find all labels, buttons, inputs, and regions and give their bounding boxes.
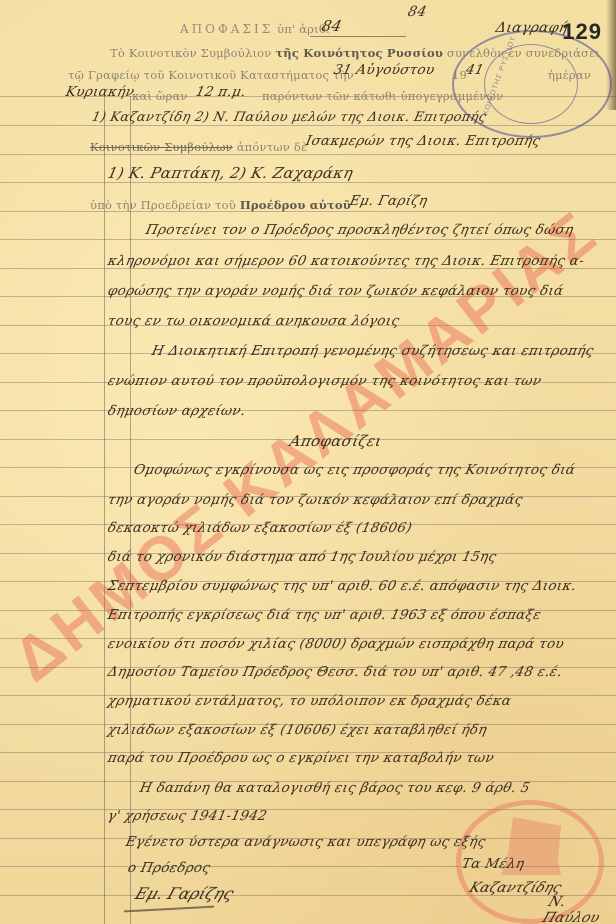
presidency-row: ὑπὸ τὴν Προεδρείαν τοῦ Προέδρου αὐτοῦ	[90, 198, 351, 212]
absent-label-struck: Κοινοτικῶν Συμβούλων	[90, 140, 233, 154]
body-line: φορώσης την αγοράν νομής διά τον ζωικόν …	[106, 283, 565, 299]
president-signature: Εμ. Γαρίζης	[133, 884, 237, 903]
body-line: Προτείνει τον ο Πρόεδρος προσκληθέντος ζ…	[144, 222, 575, 238]
community-name: τῆς Κοινότητος Ρυσσίου	[275, 46, 443, 60]
top-right-note: Διαγραφή	[494, 20, 569, 36]
meeting-date: 31 Αὐγούστου	[332, 62, 436, 78]
decision-line: παρά του Προέδρου ως ο εγκρίνει την κατα…	[106, 750, 495, 766]
council-label: Τὸ Κοινοτικὸν Συμβούλιον	[110, 46, 272, 60]
decision-line: δεκαοκτώ χιλιάδων εξακοσίων έξ (18606)	[106, 520, 413, 536]
closing-line: Η δαπάνη θα καταλογισθή εις βάρος του κε…	[138, 780, 531, 796]
decision-line: Σεπτεμβρίου συμφώνως της υπ' αριθ. 60 ε.…	[106, 578, 578, 594]
absent-members: 1) Κ. Ραπτάκη, 2) Κ. Ζαχαράκη	[106, 164, 355, 182]
header-line-2: τῷ Γραφείῳ τοῦ Κοινοτικοῦ Καταστήματος τ…	[68, 68, 354, 82]
margin-line-right	[130, 96, 131, 924]
body-line: δημοσίων αρχείων.	[106, 403, 247, 419]
number-underline	[310, 36, 406, 37]
presidency-label: ὑπὸ τὴν Προεδρείαν τοῦ	[90, 198, 236, 212]
absent-row: Κοινοτικῶν Συμβούλων ἀπόντων δὲ	[90, 140, 307, 154]
decision-title: ΑΠΟΦΑΣΙΣ	[180, 22, 273, 36]
meeting-time: 12 π.μ.	[194, 84, 247, 100]
top-handwritten-number: 84	[406, 4, 428, 20]
member-signature-2: Ν. Παύλου	[540, 894, 616, 924]
document-page: ΔΗΜΟΣ ΚΑΛΑΜΑΡΙΑΣ ΚΟΙΝΟΤΗΣ ΡΥΣΣΙΟΥ 84 Δια…	[0, 0, 616, 924]
page-number-stamp: 129	[562, 19, 602, 45]
closing-line: γ' χρήσεως 1941-1942	[106, 808, 268, 824]
decision-line: Επιτροπής εγκρίσεως διά της υπ' αριθ. 19…	[106, 607, 542, 623]
decision-line: Ομοφώνως εγκρίνουσα ως εις προσφοράς της…	[132, 462, 577, 478]
absent-note: Ισακμερών της Διοικ. Επιτροπής	[304, 133, 542, 149]
decision-number: 84	[320, 17, 344, 35]
decision-line: διά το χρονικόν διάστημα από 1ης Ιουλίου…	[106, 549, 498, 565]
president-name: Εμ. Γαρίζη	[348, 193, 429, 209]
decision-line: ενοικίου ότι ποσόν χιλίας (8000) δραχμών…	[106, 636, 565, 652]
margin-line-left	[104, 96, 105, 924]
president-label: Προέδρου αὐτοῦ	[240, 198, 351, 212]
meeting-day: Κυριακήν	[64, 84, 136, 100]
day-label: ἡμέραν	[548, 68, 591, 82]
present-label: παρόντων τῶν κάτωθι ὑπογεγραμμένων	[262, 89, 503, 103]
body-line: Η Διοικητική Επιτροπή γενομένης συζήτησε…	[150, 343, 595, 359]
president-sign-label: ο Πρόεδρος	[126, 860, 212, 876]
decision-title-row: ΑΠΟΦΑΣΙΣ ὑπ' ἀριθ.	[180, 22, 330, 36]
signature-underline	[124, 906, 214, 913]
member-signature-1: Καζαντζίδης	[467, 880, 564, 896]
session-label: συνελθὸν ἐν συνεδριάσει	[447, 46, 600, 60]
members-sign-label: Τα Μέλη	[460, 856, 526, 872]
decision-line: χιλιάδων εξακοσίων έξ (10606) έχει καταβ…	[106, 722, 488, 738]
decision-line: χρηματικού εντάλματος, το υπόλοιπον εκ δ…	[106, 693, 513, 709]
office-label: τῷ Γραφείῳ τοῦ Κοινοτικοῦ Καταστήματος τ…	[68, 68, 354, 82]
present-members: 1) Καζαντζίδη 2) Ν. Παύλου μελών της Διο…	[90, 110, 487, 125]
year-hand: 41	[464, 62, 485, 78]
decision-heading: Αποφασίζει	[288, 432, 383, 450]
time-label: καὶ ὥραν	[132, 89, 188, 103]
body-line: ενώπιον αυτού τον προϋπολογισμόν της κοι…	[106, 373, 543, 389]
decision-line: την αγοράν νομής διά τον ζωικόν κεφάλαιο…	[106, 492, 524, 508]
absent-label: ἀπόντων δὲ	[237, 140, 308, 154]
decision-line: Δημοσίου Ταμείου Πρόεδρος Θεσσ. διά του …	[106, 664, 563, 680]
signature-intro: Εγένετο ύστερα ανάγνωσις και υπεγράφη ως…	[124, 834, 487, 850]
body-line: τους εν τω οικονομικά ανηκουσα λόγοις	[106, 313, 401, 329]
body-line: κληρονόμοι και σήμερον 60 κατοικούντες τ…	[106, 253, 585, 269]
header-line-1: Τὸ Κοινοτικὸν Συμβούλιον τῆς Κοινότητος …	[110, 46, 600, 60]
